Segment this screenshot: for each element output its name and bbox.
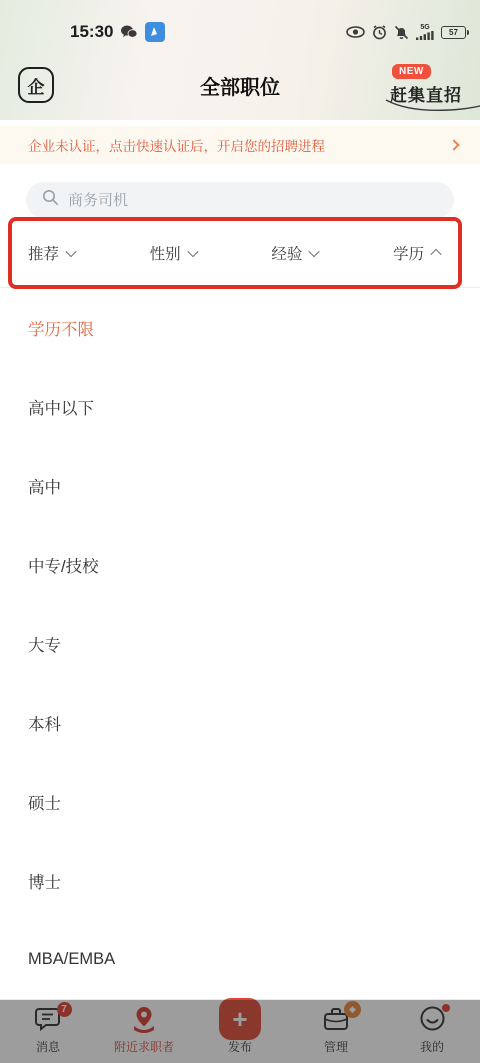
publish-plus-button[interactable]: + [219, 998, 261, 1040]
battery-icon: 57 [441, 26, 466, 39]
tab-messages[interactable]: 7 消息 [0, 1000, 96, 1063]
alarm-icon [372, 25, 387, 40]
status-right: 5G 57 [346, 24, 466, 40]
mine-dot-badge [442, 1004, 450, 1012]
status-left: 15:30 [70, 22, 165, 42]
option-phd[interactable]: 博士 [0, 841, 480, 920]
network-type: 5G [420, 24, 429, 31]
tab-nearby-jobseekers[interactable]: 附近求职者 [96, 1000, 192, 1063]
filter-experience[interactable]: 经验 [271, 242, 318, 264]
search-bar[interactable] [26, 182, 454, 218]
status-bar: 15:30 [0, 0, 480, 50]
location-pin-icon [130, 1005, 158, 1038]
notice-text: 企业未认证，点击快速认证后，开启您的招聘进程 [28, 135, 325, 155]
option-bachelor[interactable]: 本科 [0, 683, 480, 762]
option-no-limit[interactable]: 学历不限 [0, 288, 480, 367]
enterprise-avatar[interactable]: 企 [18, 67, 54, 103]
signal-strength-icon: 5G [416, 24, 434, 40]
smiley-face-icon [419, 1005, 446, 1037]
chevron-down-icon [65, 245, 76, 256]
app-screen: 15:30 [0, 0, 480, 1063]
verification-notice-banner[interactable]: 企业未认证，点击快速认证后，开启您的招聘进程 [0, 126, 480, 164]
chevron-up-icon [430, 248, 441, 259]
chevron-down-icon [309, 245, 320, 256]
option-highschool[interactable]: 高中 [0, 446, 480, 525]
filter-bar: 推荐 性别 经验 学历 [0, 218, 480, 288]
brand-logo: NEW 赶集直招 [390, 64, 462, 106]
option-below-highschool[interactable]: 高中以下 [0, 367, 480, 446]
battery-percent: 57 [449, 28, 458, 37]
option-vocational[interactable]: 中专/技校 [0, 525, 480, 604]
header: 15:30 [0, 0, 480, 120]
filter-gender[interactable]: 性别 [150, 242, 197, 264]
brand-name: 赶集直招 [390, 81, 462, 106]
chat-bubble-icon [35, 1006, 62, 1037]
search-input[interactable] [68, 192, 438, 209]
app-bar: 企 全部职位 NEW 赶集直招 [0, 50, 480, 120]
eye-protection-icon [346, 26, 365, 38]
wechat-notification-icon [120, 24, 138, 40]
search-icon [42, 189, 59, 211]
chevron-down-icon [187, 245, 198, 256]
option-college[interactable]: 大专 [0, 604, 480, 683]
option-master[interactable]: 硕士 [0, 762, 480, 841]
manage-gem-badge: ◆ [344, 1001, 361, 1018]
bottom-tab-bar: 7 消息 附近求职者 + 发布 [0, 999, 480, 1063]
option-mba[interactable]: MBA/EMBA [0, 920, 480, 999]
education-dropdown: 学历不限 高中以下 高中 中专/技校 大专 本科 硕士 博士 MBA/EMBA [0, 288, 480, 999]
new-badge: NEW [392, 64, 431, 79]
tab-publish[interactable]: + 发布 [192, 1000, 288, 1063]
filter-education[interactable]: 学历 [393, 242, 440, 264]
mute-bell-icon [394, 25, 409, 40]
chevron-right-icon [448, 139, 459, 150]
clock: 15:30 [70, 22, 113, 42]
filter-recommend[interactable]: 推荐 [28, 242, 75, 264]
navigation-app-icon [145, 22, 165, 42]
search-section [0, 164, 480, 218]
tab-manage[interactable]: ◆ 管理 [288, 1000, 384, 1063]
briefcase-icon [322, 1006, 350, 1037]
tab-mine[interactable]: 我的 [384, 1000, 480, 1063]
messages-badge: 7 [57, 1002, 72, 1017]
